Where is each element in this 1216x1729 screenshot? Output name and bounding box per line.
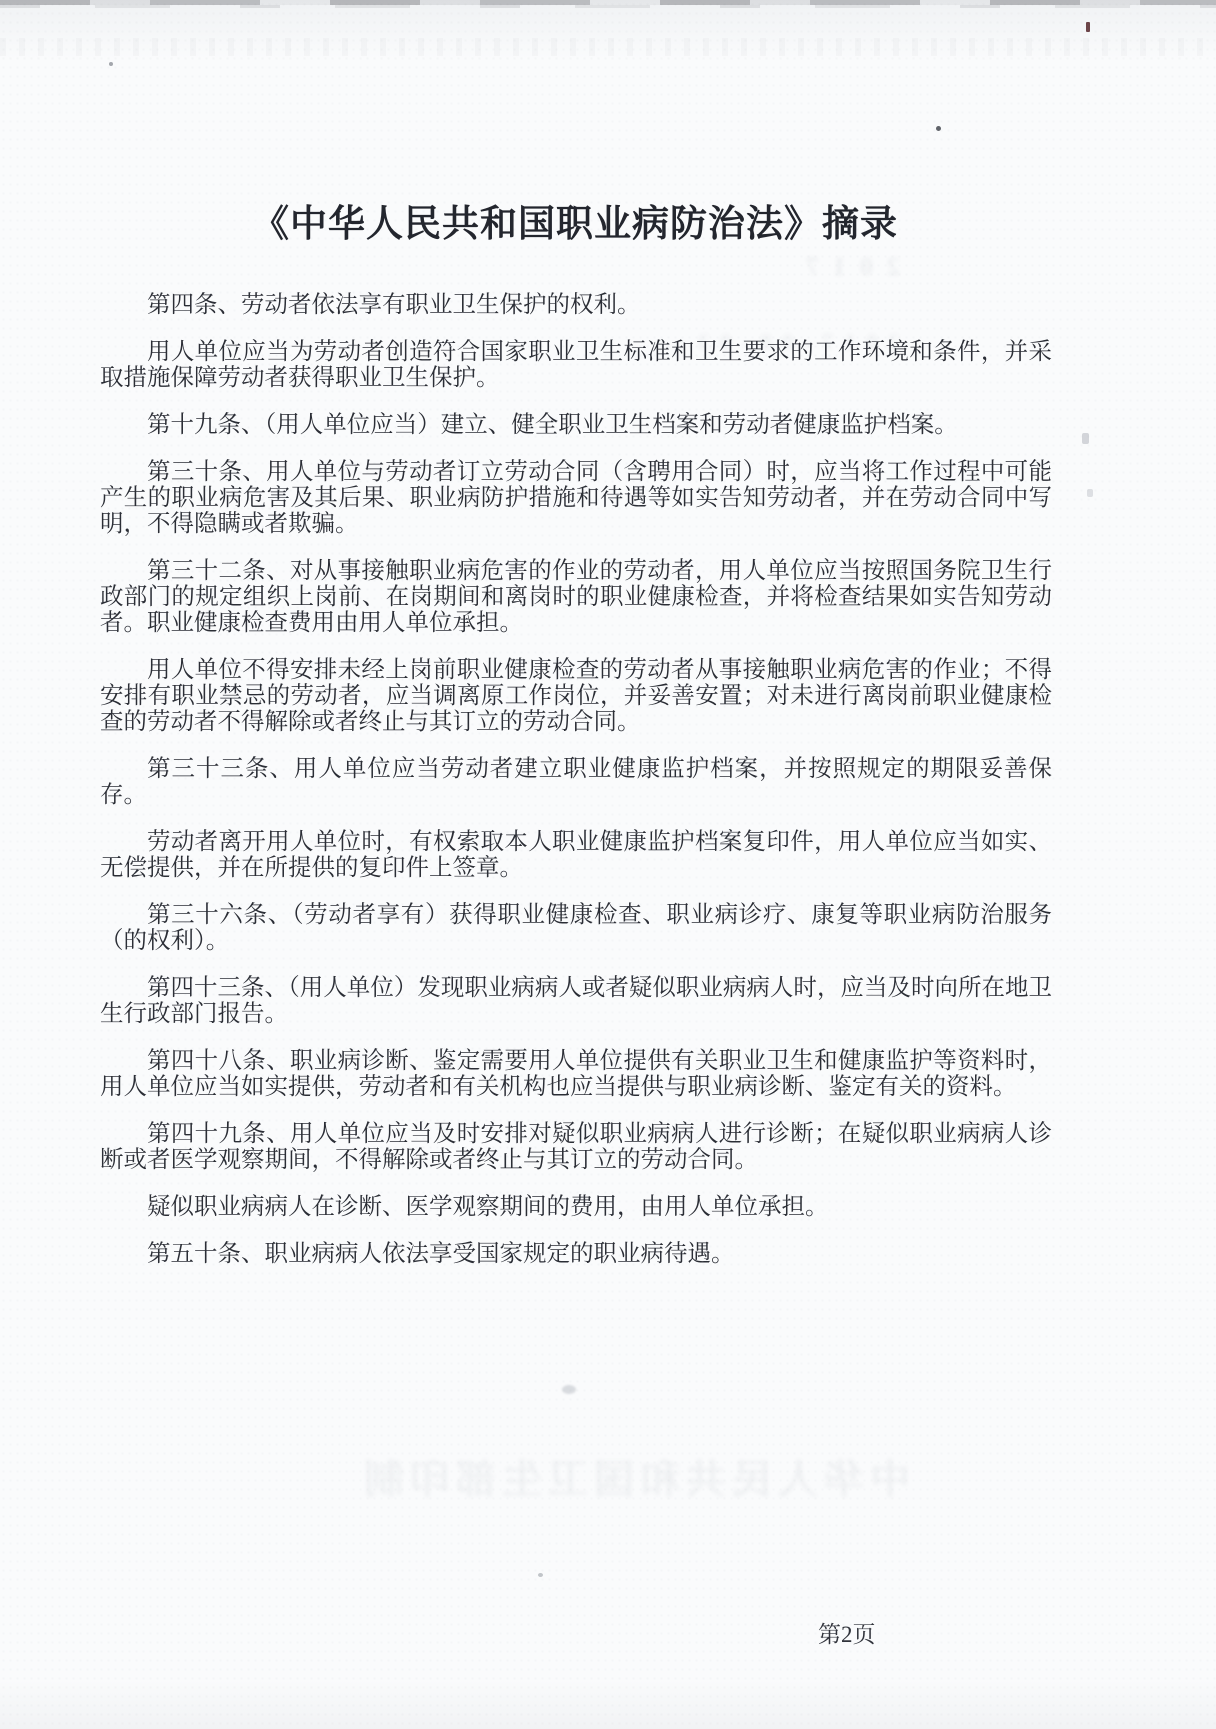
scan-noise-band: [0, 38, 1216, 56]
scan-speck: [1082, 433, 1089, 444]
scan-speck: [936, 126, 941, 131]
paragraph-article-30: 第三十条、用人单位与劳动者订立劳动合同（含聘用合同）时，应当将工作过程中可能产生…: [100, 459, 1052, 537]
page-number: 第2页: [818, 1616, 876, 1649]
document-title: 《中华人民共和国职业病防治法》摘录: [100, 193, 1050, 247]
paragraph-article-49: 第四十九条、用人单位应当及时安排对疑似职业病病人进行诊断；在疑似职业病病人诊断或…: [100, 1121, 1052, 1173]
paragraph-article-33: 第三十三条、用人单位应当劳动者建立职业健康监护档案，并按照规定的期限妥善保存。: [100, 756, 1052, 808]
paragraph-article-43: 第四十三条、（用人单位）发现职业病病人或者疑似职业病病人时，应当及时向所在地卫生…: [100, 975, 1052, 1027]
bleedthrough-text-bottom: 中华人民共和国卫生部印制: [330, 1448, 910, 1505]
paragraph-article-4: 第四条、劳动者依法享有职业卫生保护的权利。: [100, 292, 1052, 318]
paragraph-article-50: 第五十条、职业病病人依法享受国家规定的职业病待遇。: [100, 1241, 1052, 1267]
paragraph-article-36: 第三十六条、（劳动者享有）获得职业健康检查、职业病诊疗、康复等职业病防治服务（的…: [100, 902, 1052, 954]
document-body: 第四条、劳动者依法享有职业卫生保护的权利。 用人单位应当为劳动者创造符合国家职业…: [100, 292, 1052, 1288]
scan-speck: [1087, 489, 1093, 497]
paragraph-article-4-cont: 用人单位应当为劳动者创造符合国家职业卫生标准和卫生要求的工作环境和条件，并采取措…: [100, 339, 1052, 391]
bleedthrough-text-top-1: 2017: [610, 252, 900, 282]
paragraph-article-19: 第十九条、（用人单位应当）建立、健全职业卫生档案和劳动者健康监护档案。: [100, 412, 1052, 438]
paragraph-article-32-cont: 用人单位不得安排未经上岗前职业健康检查的劳动者从事接触职业病危害的作业；不得安排…: [100, 657, 1052, 735]
paragraph-article-49-cont: 疑似职业病病人在诊断、医学观察期间的费用，由用人单位承担。: [100, 1194, 1052, 1220]
paragraph-article-48: 第四十八条、职业病诊断、鉴定需要用人单位提供有关职业卫生和健康监护等资料时，用人…: [100, 1048, 1052, 1100]
paragraph-article-33-cont: 劳动者离开用人单位时，有权索取本人职业健康监护档案复印件，用人单位应当如实、无偿…: [100, 829, 1052, 881]
paragraph-article-32: 第三十二条、对从事接触职业病危害的作业的劳动者，用人单位应当按照国务院卫生行政部…: [100, 558, 1052, 636]
scan-edge-artifact-2: [0, 5, 1216, 8]
scan-speck: [1086, 22, 1090, 32]
scan-speck: [538, 1573, 543, 1577]
scan-smudge: [562, 1385, 576, 1394]
scanned-document-page: 2017 2017-08-03 中华人民共和国卫生部印制 《中华人民共和国职业病…: [0, 0, 1216, 1729]
scan-speck: [109, 62, 113, 66]
